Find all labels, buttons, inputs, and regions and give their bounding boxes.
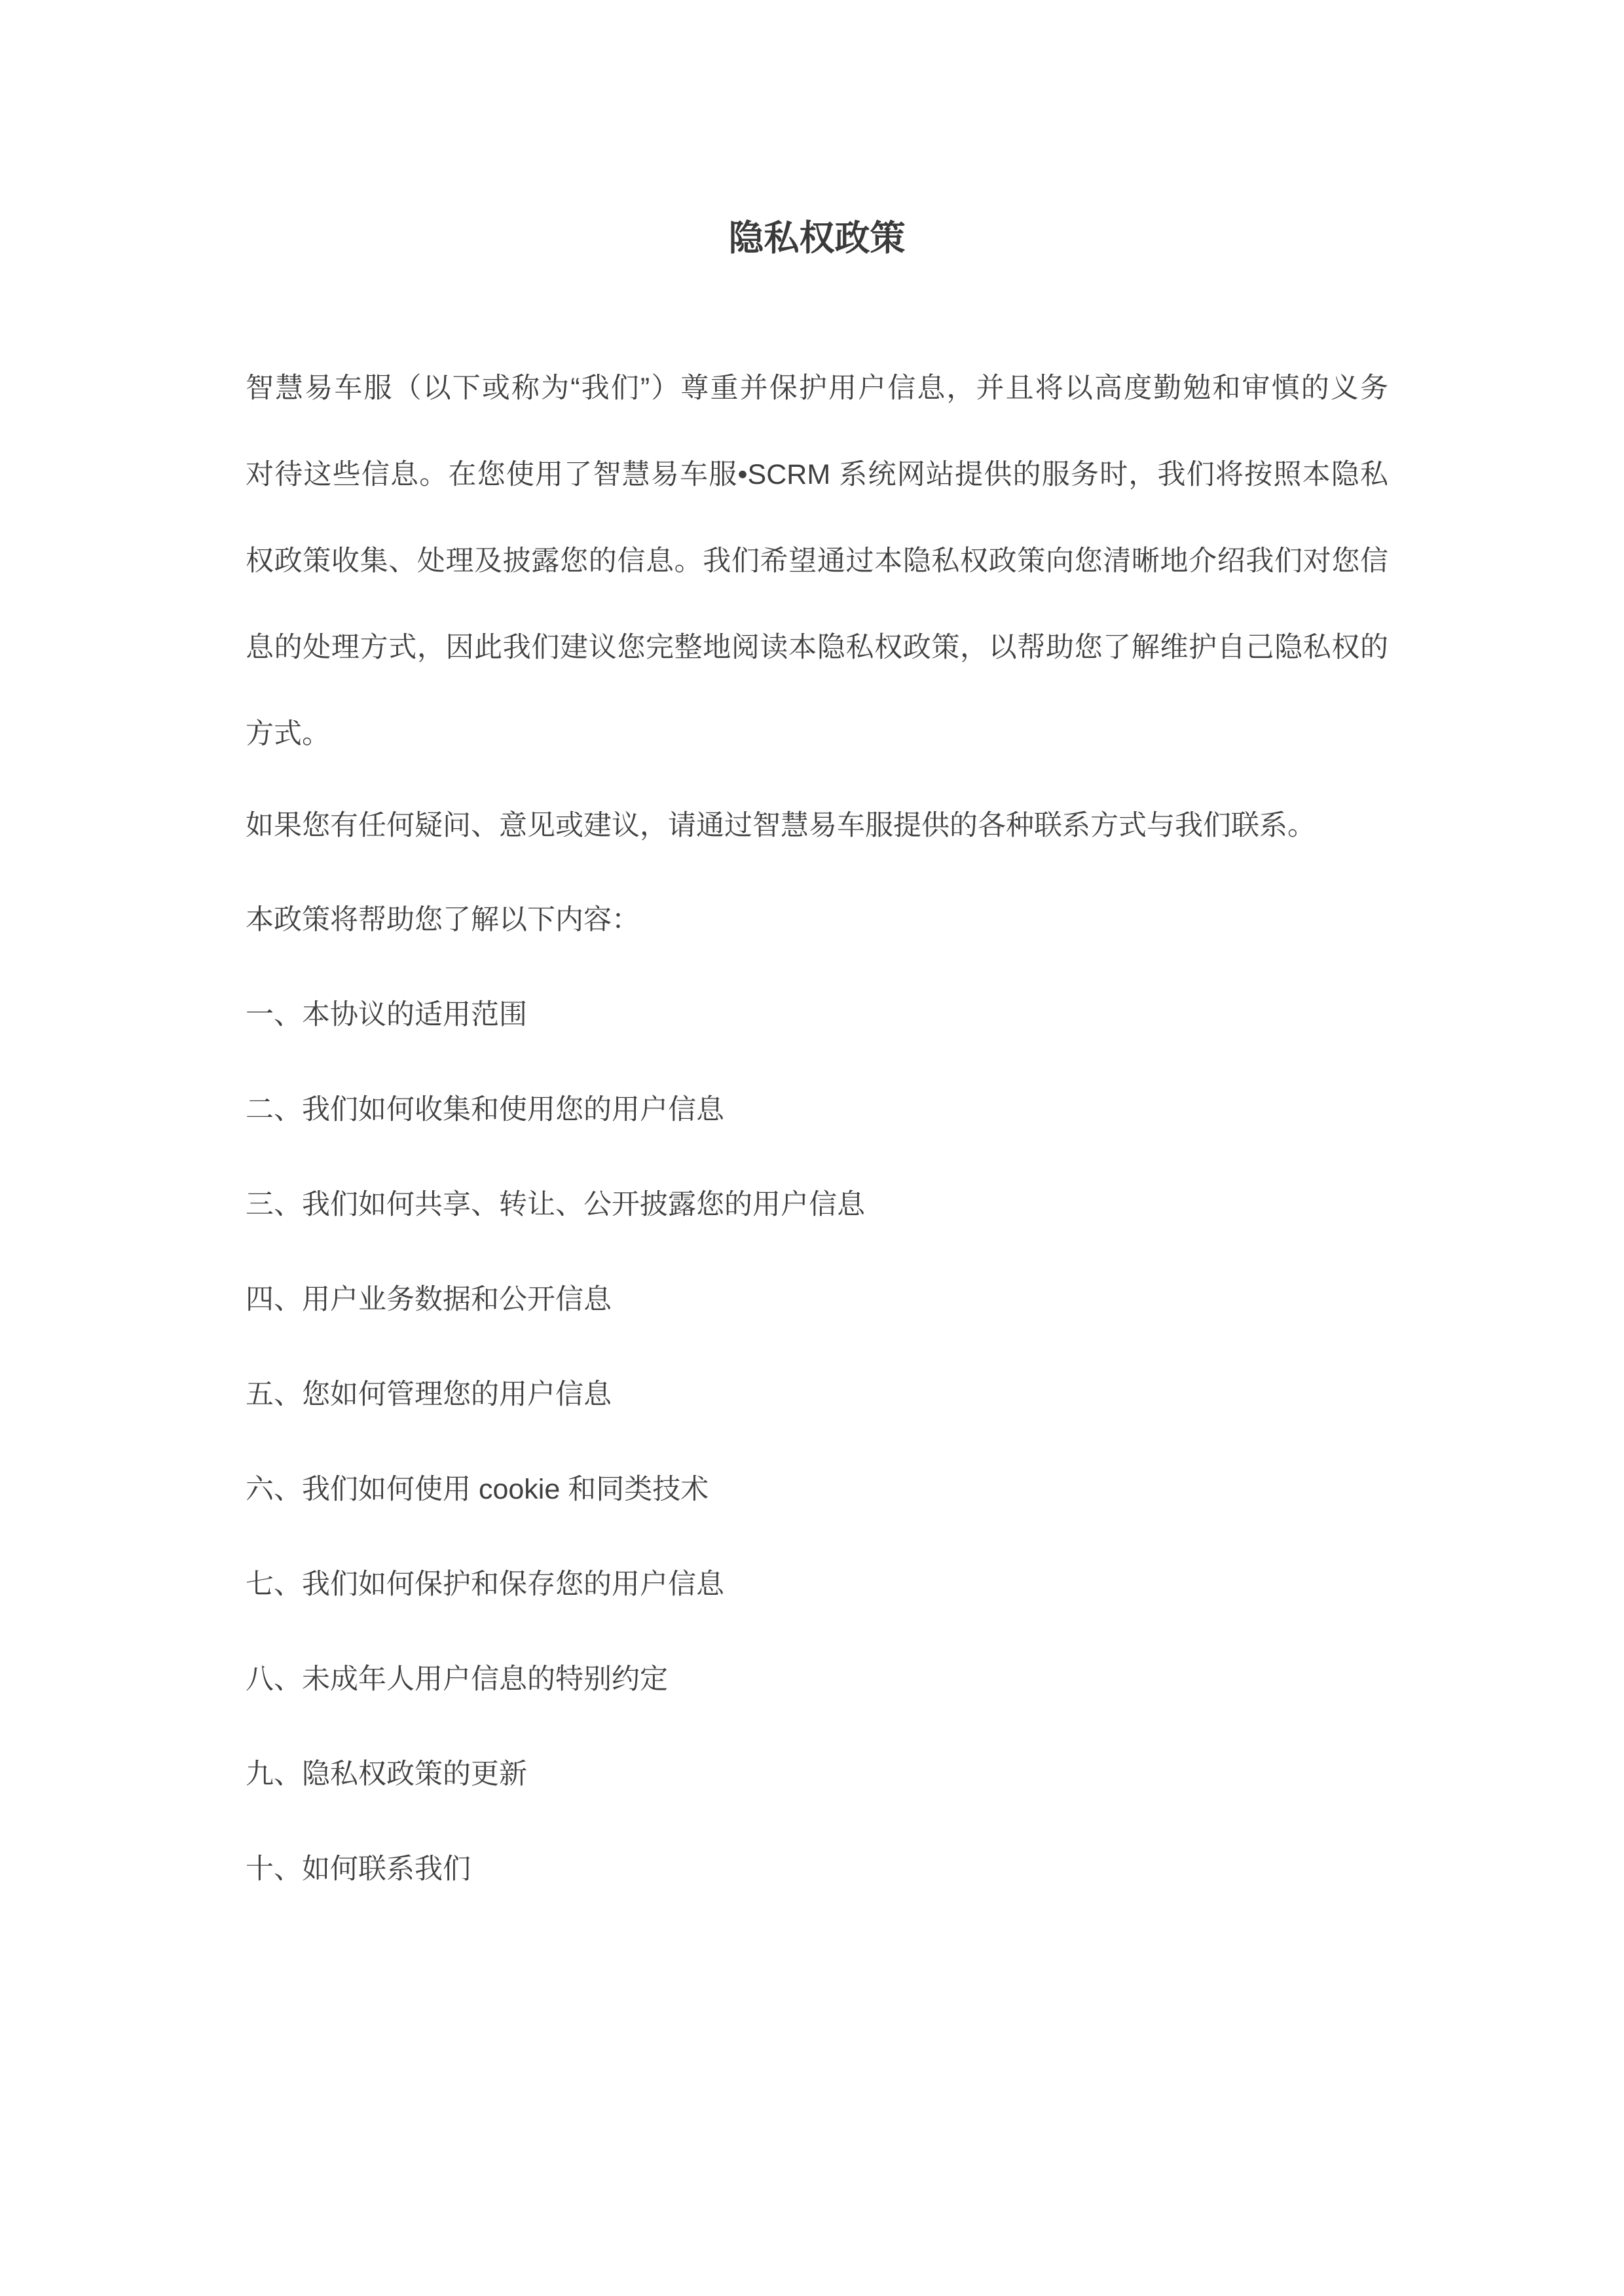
toc-item-8: 八、未成年人用户信息的特别约定: [246, 1636, 1388, 1722]
page-title: 隐私权政策: [246, 217, 1388, 259]
toc-item-6: 六、我们如何使用 cookie 和同类技术: [246, 1446, 1388, 1533]
toc-item-5: 五、您如何管理您的用户信息: [246, 1351, 1388, 1438]
contact-note-paragraph: 如果您有任何疑问、意见或建议，请通过智慧易车服提供的各种联系方式与我们联系。: [246, 782, 1388, 869]
toc-item-1: 一、本协议的适用范围: [246, 972, 1388, 1058]
intro-line: 权政策收集、处理及披露您的信息。我们希望通过本隐私权政策向您清晰地介绍我们对您信: [246, 518, 1388, 604]
intro-line: 对待这些信息。在您使用了智慧易车服•SCRM 系统网站提供的服务时，我们将按照本…: [246, 431, 1388, 518]
toc-item-2: 二、我们如何收集和使用您的用户信息: [246, 1066, 1388, 1153]
intro-line: 方式。: [246, 691, 1388, 777]
document-page: 隐私权政策 智慧易车服（以下或称为“我们”）尊重并保护用户信息，并且将以高度勤勉…: [0, 0, 1624, 2296]
toc-item-10: 十、如何联系我们: [246, 1826, 1388, 1912]
intro-line: 息的处理方式，因此我们建议您完整地阅读本隐私权政策，以帮助您了解维护自己隐私权的: [246, 604, 1388, 691]
toc-item-7: 七、我们如何保护和保存您的用户信息: [246, 1541, 1388, 1628]
toc-item-9: 九、隐私权政策的更新: [246, 1731, 1388, 1817]
toc-leadin-paragraph: 本政策将帮助您了解以下内容：: [246, 877, 1388, 963]
toc-item-4: 四、用户业务数据和公开信息: [246, 1256, 1388, 1343]
intro-paragraph: 智慧易车服（以下或称为“我们”）尊重并保护用户信息，并且将以高度勤勉和审慎的义务…: [246, 345, 1388, 777]
intro-line: 智慧易车服（以下或称为“我们”）尊重并保护用户信息，并且将以高度勤勉和审慎的义务: [246, 345, 1388, 431]
toc-item-3: 三、我们如何共享、转让、公开披露您的用户信息: [246, 1161, 1388, 1248]
